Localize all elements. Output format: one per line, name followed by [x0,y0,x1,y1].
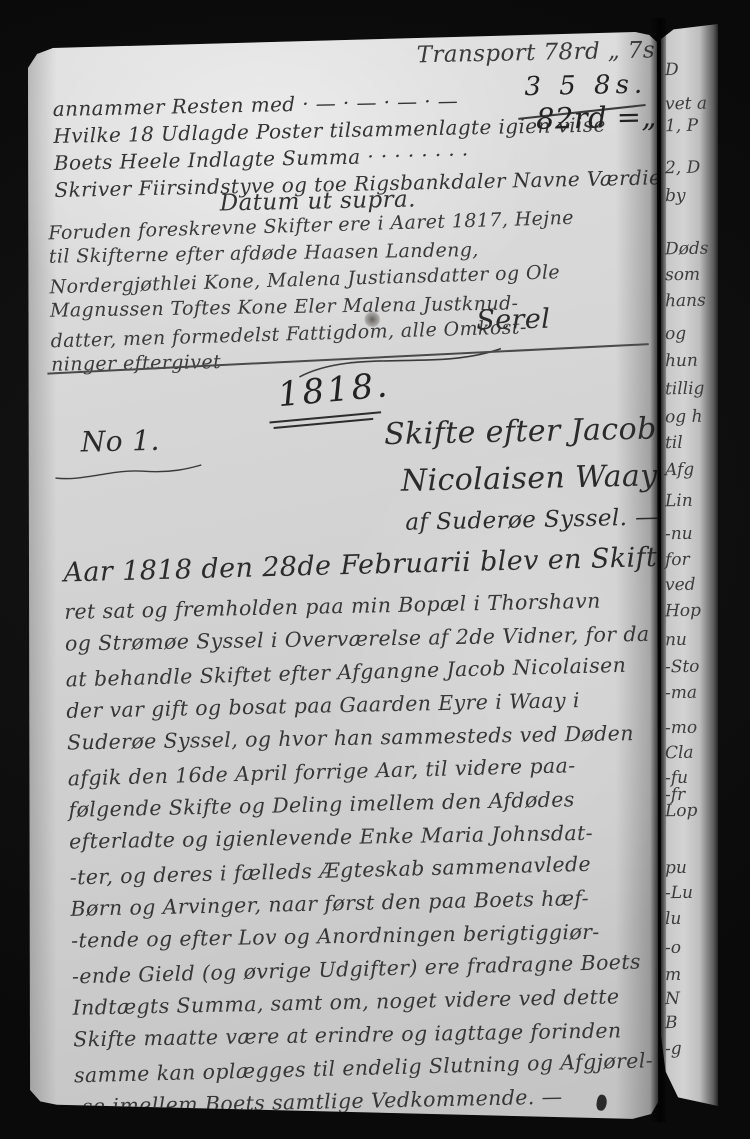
book-gutter-shadow [650,18,666,1122]
entry-body-paragraph: Aar 1818 den 28de Februarii blev en Skif… [63,539,695,1124]
partial-handwriting-fragment: B [665,1013,678,1033]
entry-title-line: Nicolaisen Waay [327,452,658,506]
partial-handwriting-fragment: -o [665,938,681,958]
clerk-signature: Serel [476,304,551,337]
partial-handwriting-fragment: til [665,433,683,453]
partial-handwriting-fragment: lu [665,909,682,929]
partial-handwriting-fragment: D [665,60,679,80]
partial-handwriting-fragment: for [665,550,690,570]
partial-handwriting-fragment: Cla [665,743,694,763]
partial-handwriting-fragment: Døds [665,239,709,260]
entry-title-line: Skifte efter Jacob [326,405,657,459]
partial-handwriting-fragment: N [665,989,680,1009]
entry-title: Skifte efter JacobNicolaisen Waayaf Sude… [326,405,659,542]
partial-handwriting-fragment: hans [665,291,706,312]
partial-handwriting-fragment: Hop [665,601,701,622]
partial-handwriting-fragment: -Lu [665,883,693,903]
partial-handwriting-fragment: vet a [665,94,707,115]
scanned-book-photograph: Transport 78rd „ 7s. 3 5 8s. annammer Re… [0,0,750,1139]
entry-number-label: No 1. [80,424,160,459]
entry-number-underline-flourish [53,461,203,488]
entry-title-line: af Suderøe Syssel. — [328,499,659,542]
partial-handwriting-fragment: hun [665,351,698,372]
partial-handwriting-fragment: og [665,324,686,344]
partial-handwriting-fragment: 2, D [665,158,701,179]
document-page-left: Transport 78rd „ 7s. 3 5 8s. annammer Re… [25,28,660,1120]
partial-handwriting-fragment: -mo [665,718,697,739]
partial-handwriting-fragment: -ma [665,683,697,704]
partial-handwriting-fragment: som [665,265,700,286]
partial-handwriting-fragment: 1, P [665,116,698,137]
partial-handwriting-fragment: Lop [665,801,698,822]
partial-handwriting-fragment: -Sto [665,657,700,678]
partial-handwriting-fragment: Afg [665,460,695,481]
transport-carryover-line: Transport 78rd „ 7s. [416,37,663,68]
partial-handwriting-fragment: by [665,186,686,206]
partial-handwriting-fragment: m [665,965,681,985]
partial-handwriting-fragment: Lin [665,491,693,511]
partial-handwriting-fragment: og h [665,407,703,428]
partial-handwriting-fragment: ved [665,575,696,596]
partial-handwriting-fragment: tillig [665,379,705,400]
partial-handwriting-fragment: -g [665,1039,682,1059]
document-page-right-edge: Dvet a1, P2, DbyDødssomhansoghuntilligog… [661,24,718,1106]
handwriting-layer: Transport 78rd „ 7s. 3 5 8s. annammer Re… [18,21,676,1126]
partial-handwriting-fragment: nu [665,630,687,650]
partial-handwriting-fragment: -nu [665,524,693,544]
partial-handwriting-fragment: pu [665,858,687,878]
